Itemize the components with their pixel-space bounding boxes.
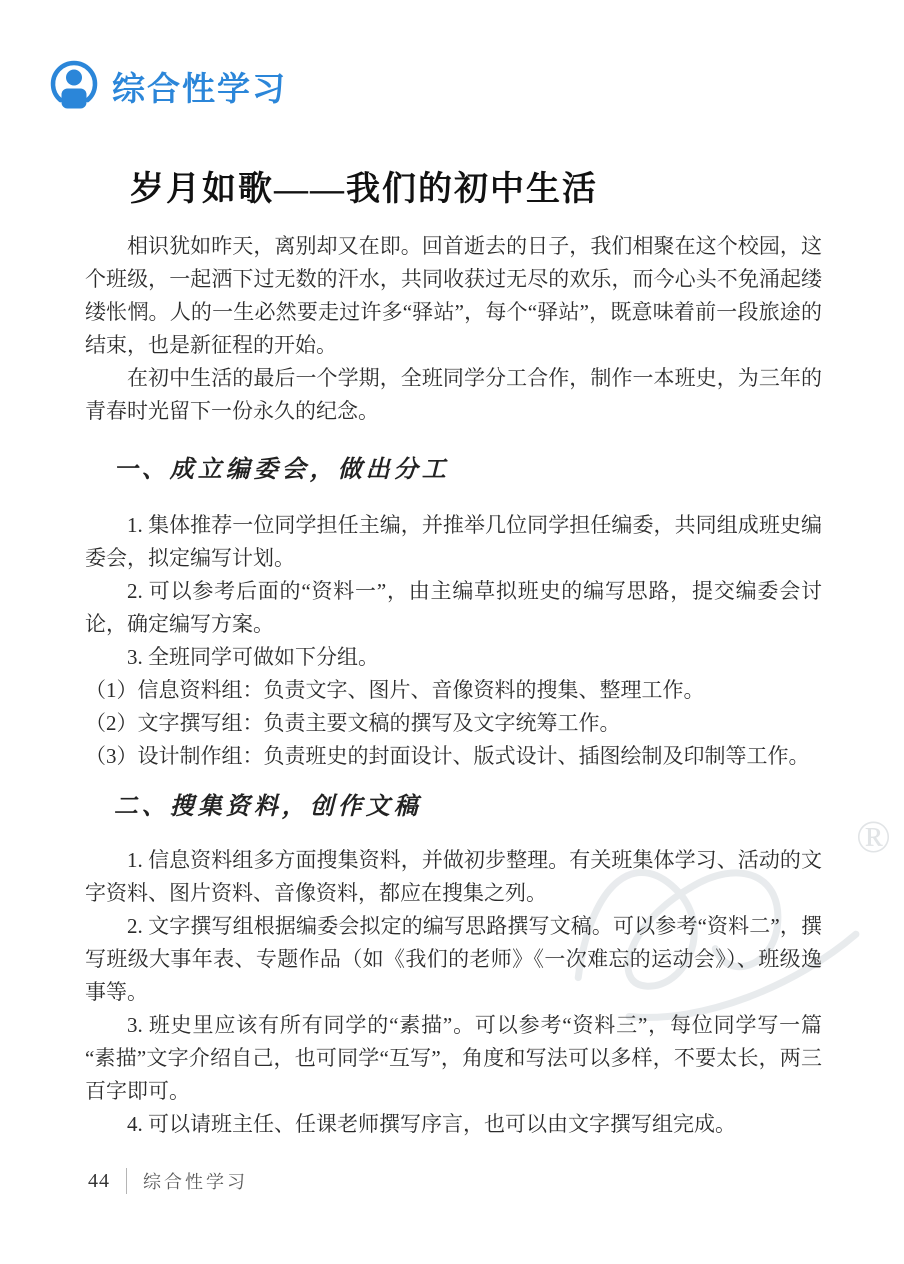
section2-item: 4. 可以请班主任、任课老师撰写序言，也可以由文字撰写组完成。 <box>85 1108 822 1141</box>
page-number: 44 <box>88 1170 110 1193</box>
section2-item: 2. 文字撰写组根据编委会拟定的编写思路撰写文稿。可以参考“资料二”，撰写班级大… <box>85 910 822 1009</box>
section1-subitem: （3）设计制作组：负责班史的封面设计、版式设计、插图绘制及印制等工作。 <box>85 740 822 773</box>
intro-paragraph: 在初中生活的最后一个学期，全班同学分工合作，制作一本班史，为三年的青春时光留下一… <box>85 362 822 428</box>
section1-subitem: （2）文字撰写组：负责主要文稿的撰写及文字统筹工作。 <box>85 707 822 740</box>
section1-subitem: （1）信息资料组：负责文字、图片、音像资料的搜集、整理工作。 <box>85 674 822 707</box>
person-circle-icon <box>48 60 100 112</box>
section1-item: 1. 集体推荐一位同学担任主编，并推举几位同学担任编委，共同组成班史编委会，拟定… <box>85 509 822 575</box>
section-heading-2: 二、搜集资料，创作文稿 <box>85 791 822 824</box>
page-footer: 44 综合性学习 <box>88 1168 248 1194</box>
registered-mark: ® <box>856 810 891 863</box>
page-title: 岁月如歌——我们的初中生活 <box>130 161 598 210</box>
footer-section-label: 综合性学习 <box>143 1168 248 1194</box>
section2-item: 3. 班史里应该有所有同学的“素描”。可以参考“资料三”，每位同学写一篇“素描”… <box>85 1009 822 1108</box>
header-badge-label: 综合性学习 <box>112 63 287 110</box>
textbook-page: 综合性学习 岁月如歌——我们的初中生活 ® 相识犹如昨天，离别却又在即。回首逝去… <box>0 0 904 1264</box>
section-heading-1: 一、成立编委会，做出分工 <box>85 454 822 487</box>
footer-divider <box>126 1168 127 1194</box>
page-header: 综合性学习 <box>48 60 287 112</box>
section1-item: 2. 可以参考后面的“资料一”，由主编草拟班史的编写思路，提交编委会讨论，确定编… <box>85 575 822 641</box>
intro-paragraph: 相识犹如昨天，离别却又在即。回首逝去的日子，我们相聚在这个校园，这个班级，一起洒… <box>85 230 822 362</box>
section1-item: 3. 全班同学可做如下分组。 <box>85 641 822 674</box>
document-body: 相识犹如昨天，离别却又在即。回首逝去的日子，我们相聚在这个校园，这个班级，一起洒… <box>85 230 822 1141</box>
section2-item: 1. 信息资料组多方面搜集资料，并做初步整理。有关班集体学习、活动的文字资料、图… <box>85 844 822 910</box>
